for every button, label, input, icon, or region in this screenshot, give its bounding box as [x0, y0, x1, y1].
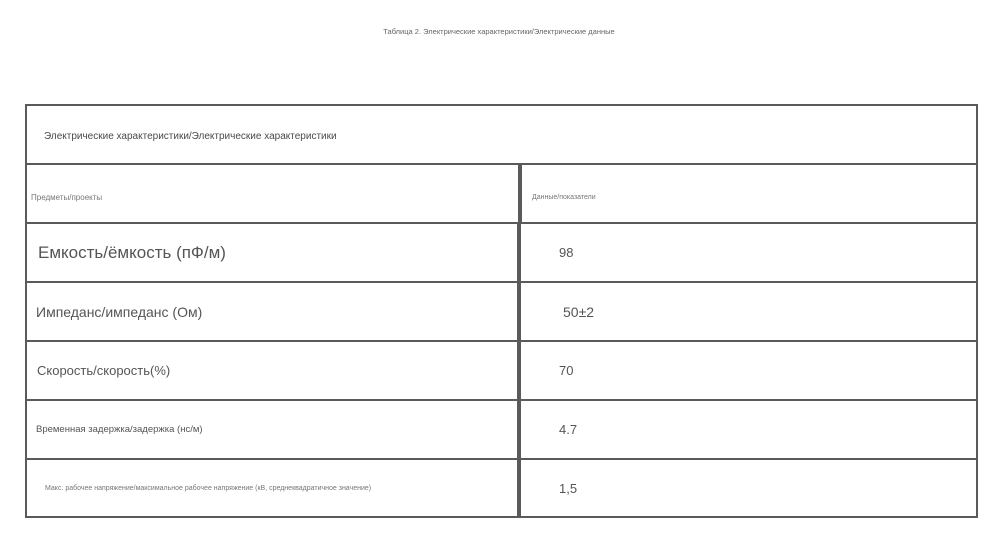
row-item: Временная задержка/задержка (нс/м) — [27, 424, 203, 435]
table-caption: Таблица 2. Электрические характеристики/… — [0, 27, 998, 36]
table-title: Электрические характеристики/Электрическ… — [27, 127, 337, 142]
row-value: 50±2 — [521, 304, 594, 320]
table-row-velocity-label: Скорость/скорость(%) — [25, 340, 519, 401]
row-value: 70 — [521, 363, 573, 378]
row-item: Импеданс/импеданс (Ом) — [27, 304, 202, 320]
table-row-capacitance-value: 98 — [519, 222, 978, 283]
row-item: Макс. рабочее напряжение/максимальное ра… — [27, 485, 371, 492]
table-row-delay-value: 4.7 — [519, 399, 978, 460]
row-item: Емкость/ёмкость (пФ/м) — [27, 243, 226, 263]
column-header-items: Предметы/проекты — [25, 163, 520, 224]
table-row-delay-label: Временная задержка/задержка (нс/м) — [25, 399, 519, 460]
table-row-impedance-label: Импеданс/импеданс (Ом) — [25, 281, 519, 342]
table-title-cell: Электрические характеристики/Электрическ… — [25, 104, 978, 165]
row-value: 1,5 — [521, 481, 577, 496]
row-value: 98 — [521, 245, 573, 260]
table-row-velocity-value: 70 — [519, 340, 978, 401]
table-row-impedance-value: 50±2 — [519, 281, 978, 342]
column-header-values: Данные/показатели — [520, 163, 978, 224]
column-header-values-label: Данные/показатели — [522, 186, 596, 201]
table-row-capacitance-label: Емкость/ёмкость (пФ/м) — [25, 222, 519, 283]
column-header-items-label: Предметы/проекты — [27, 185, 102, 202]
table-row-max-voltage-label: Макс. рабочее напряжение/максимальное ра… — [25, 458, 519, 518]
table-row-max-voltage-value: 1,5 — [519, 458, 978, 518]
row-item: Скорость/скорость(%) — [27, 363, 170, 378]
row-value: 4.7 — [521, 422, 577, 437]
